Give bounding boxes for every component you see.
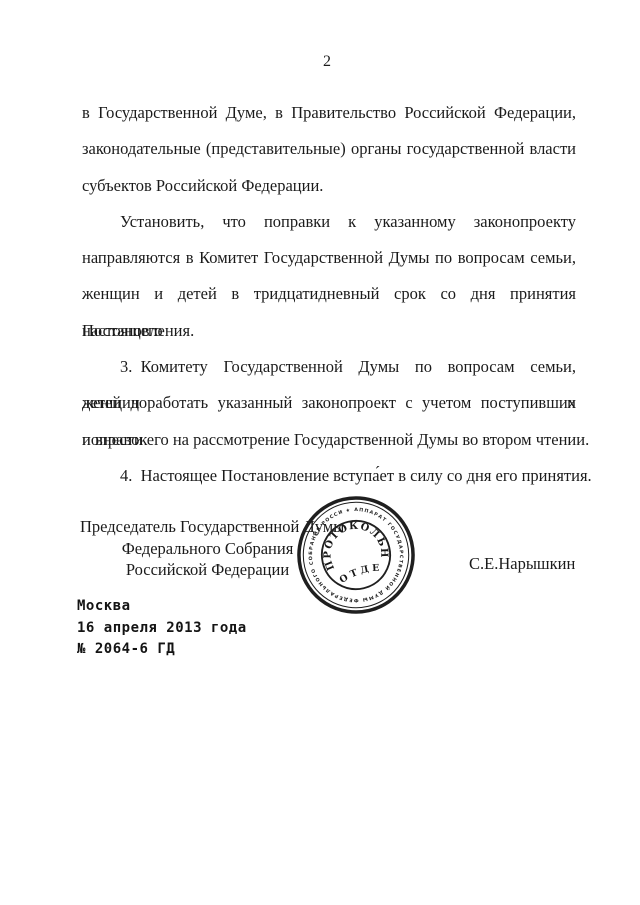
issue-city: Москва [77,596,247,618]
body-line: 4. Настоящее Постановление вступа́ет в с… [82,458,576,494]
document-body: в Государственной Думе, в Правительство … [82,95,576,494]
issue-date: 16 апреля 2013 года [77,618,247,640]
protocol-department-stamp-icon: ★ АППАРАТ ГОСУДАРСТВЕННОЙ ДУМЫ ФЕДЕРАЛЬН… [281,478,431,633]
issue-details: Москва 16 апреля 2013 года № 2064-6 ГД [77,596,247,661]
scanned-document-page: 2 в Государственной Думе, в Правительств… [0,0,640,905]
signatory-name: С.Е.Нарышкин [469,554,575,574]
body-line: законодательные (представительные) орган… [82,131,576,167]
stamp-rings [288,487,425,624]
body-line: 3. Комитету Государственной Думы по вопр… [82,349,576,385]
body-line: и внести его на рассмотрение Государстве… [82,422,576,458]
page-number: 2 [14,53,640,71]
body-line: субъектов Российской Федерации. [82,168,576,204]
body-line: женщин и детей в тридцатидневный срок со… [82,276,576,312]
body-line: направляются в Комитет Государственной Д… [82,240,576,276]
body-line: Постановления. [82,313,576,349]
body-line: детей доработать указанный законопроект … [82,385,576,421]
document-number: № 2064-6 ГД [77,639,247,661]
body-line: Установить, что поправки к указанному за… [82,204,576,240]
body-line: в Государственной Думе, в Правительство … [82,95,576,131]
